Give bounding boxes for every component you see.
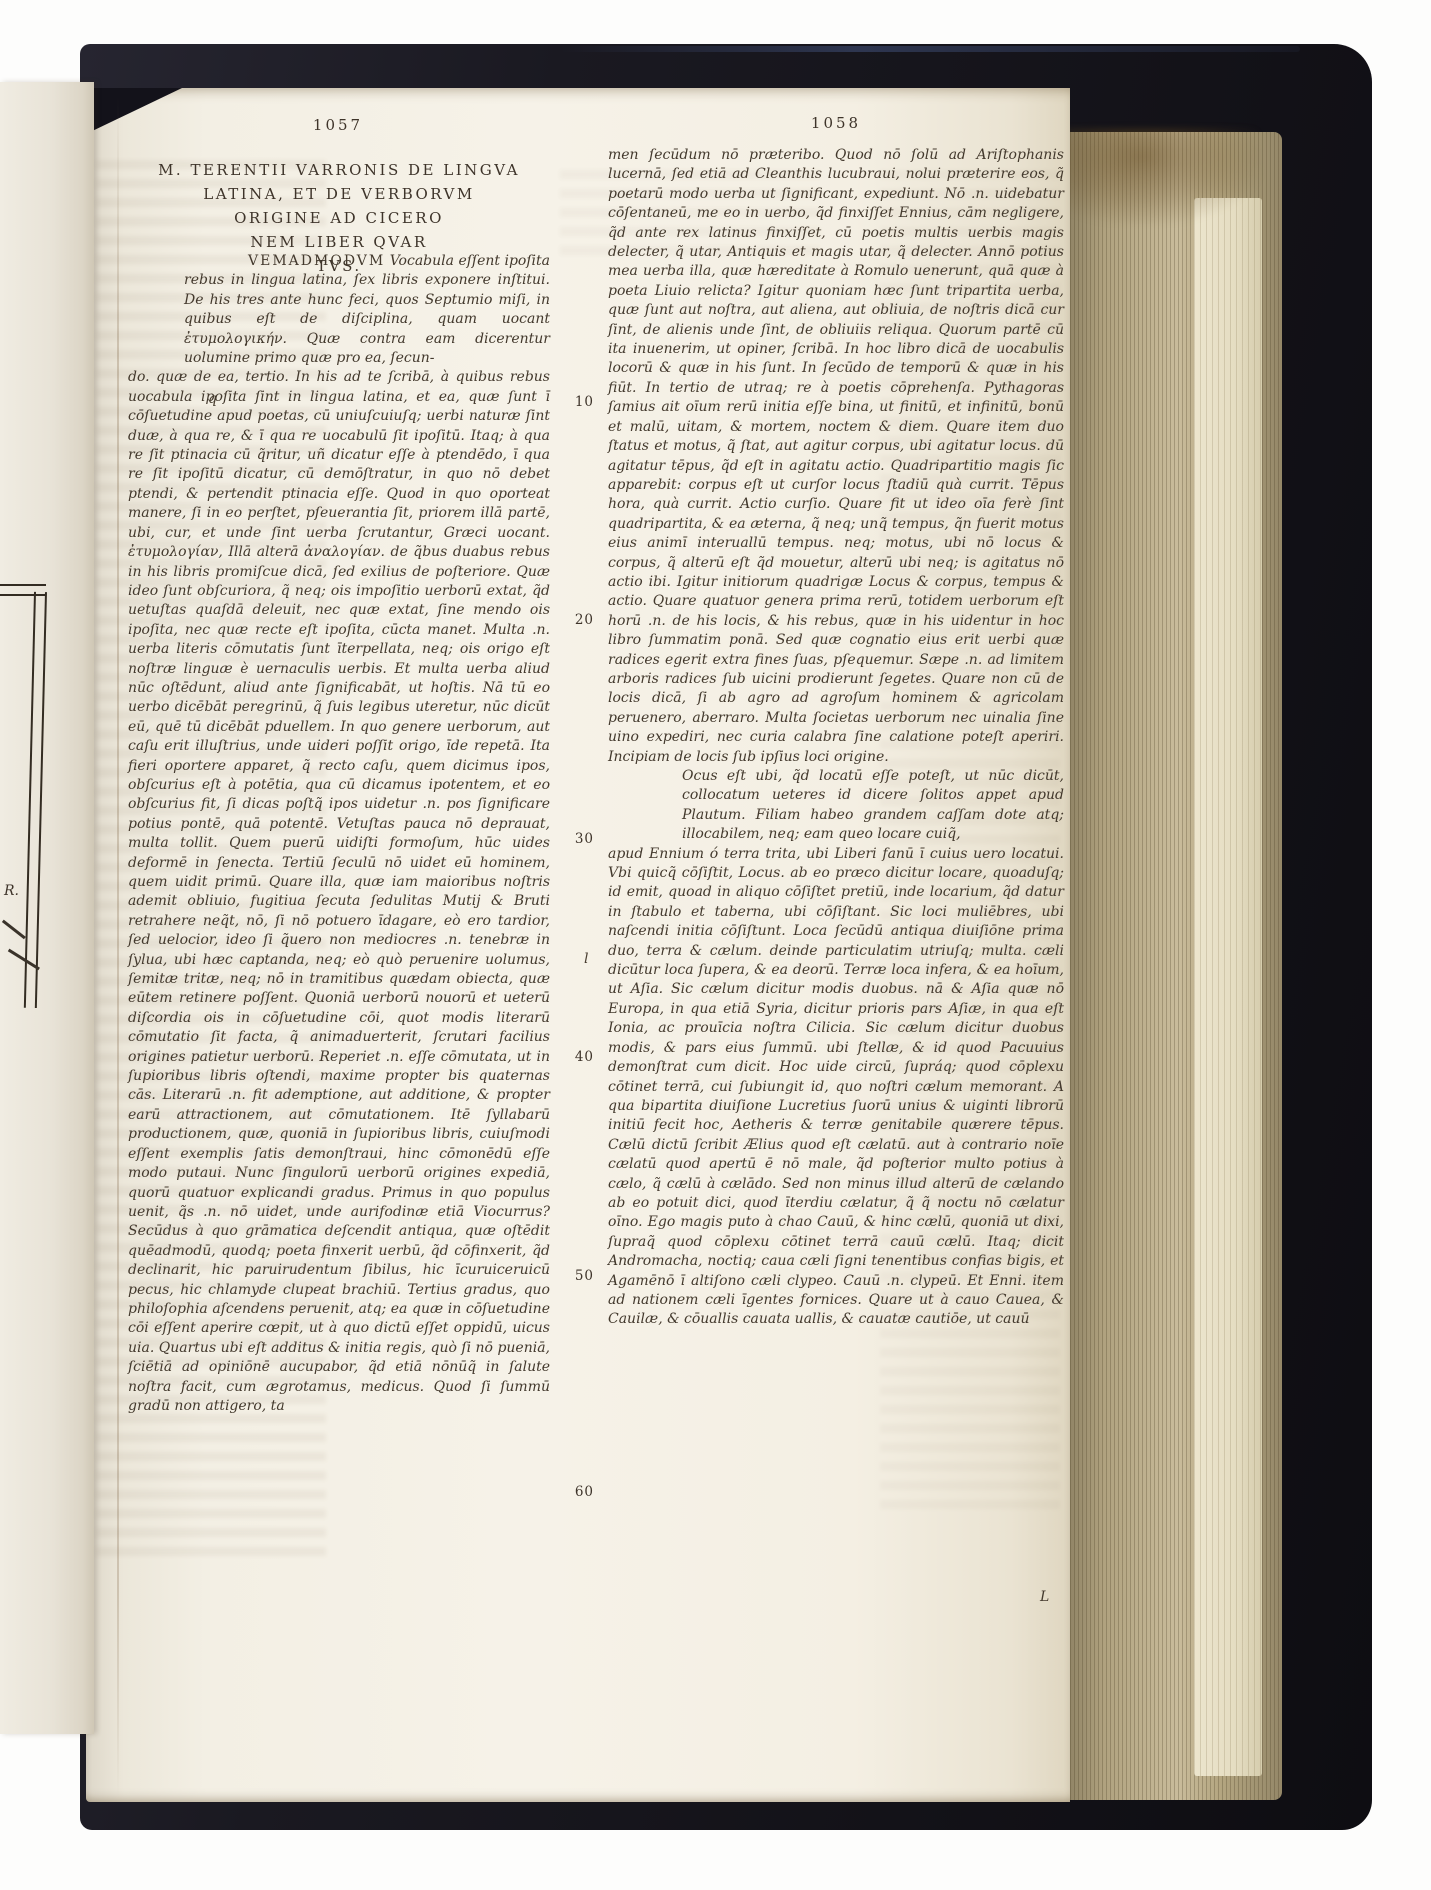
line-number-30: 30 xyxy=(558,833,594,847)
heading-line: M. TERENTII VARRONIS DE LINGVA xyxy=(128,158,550,182)
opening-text: Vocabula eſſent ipoſita rebus in lingua … xyxy=(184,253,550,366)
line-number-40: 40 xyxy=(558,1051,594,1065)
woodcut-label: R. xyxy=(4,884,19,898)
heading-line: ORIGINE AD CICERO xyxy=(128,206,550,230)
line-number-10: 10 xyxy=(558,396,594,410)
left-page-number: 1057 xyxy=(128,118,548,133)
opening-paragraph: VEMADMODVM Vocabula eſſent ipoſita rebus… xyxy=(184,252,550,368)
fore-edge-stain xyxy=(1062,128,1262,224)
line-number-20: 20 xyxy=(558,614,594,628)
previous-leaf-edge xyxy=(0,82,94,1734)
right-page-number: 1058 xyxy=(626,116,1046,131)
heading-line: LATINA, ET DE VERBORVM xyxy=(128,182,550,206)
cover-top-sheen xyxy=(560,46,1300,52)
line-number-50: 50 xyxy=(558,1270,594,1284)
book-photograph: R. 1057 M. TERENTII VARRONIS DE LINGVA L… xyxy=(0,0,1431,1890)
opening-capitals: VEMADMODVM xyxy=(248,253,385,269)
fore-edge-light-group xyxy=(1194,198,1262,1776)
heading-line: NEM LIBER QVAR xyxy=(128,230,550,254)
body-text-right: men ſecūdum nō præteribo. Quod nō ſolū a… xyxy=(608,146,1064,767)
section-opening: Ocus eſt ubi, q̃d locatū eſſe poteſt, ut… xyxy=(682,767,1064,845)
line-number-60: 60 xyxy=(558,1486,594,1500)
section-continuation: apud Ennium ó terra trita, ubi Liberi fa… xyxy=(608,845,1064,1330)
text-column-1057: VEMADMODVM Vocabula eſſent ipoſita rebus… xyxy=(128,252,550,1416)
initial-guide-letter: l xyxy=(584,952,588,966)
catchword: L xyxy=(1040,1590,1049,1604)
text-column-1058: men ſecūdum nō præteribo. Quod nō ſolū a… xyxy=(608,146,1064,1330)
body-text-left: do. quæ de ea, tertio. In his ad te ſcri… xyxy=(128,368,550,1416)
